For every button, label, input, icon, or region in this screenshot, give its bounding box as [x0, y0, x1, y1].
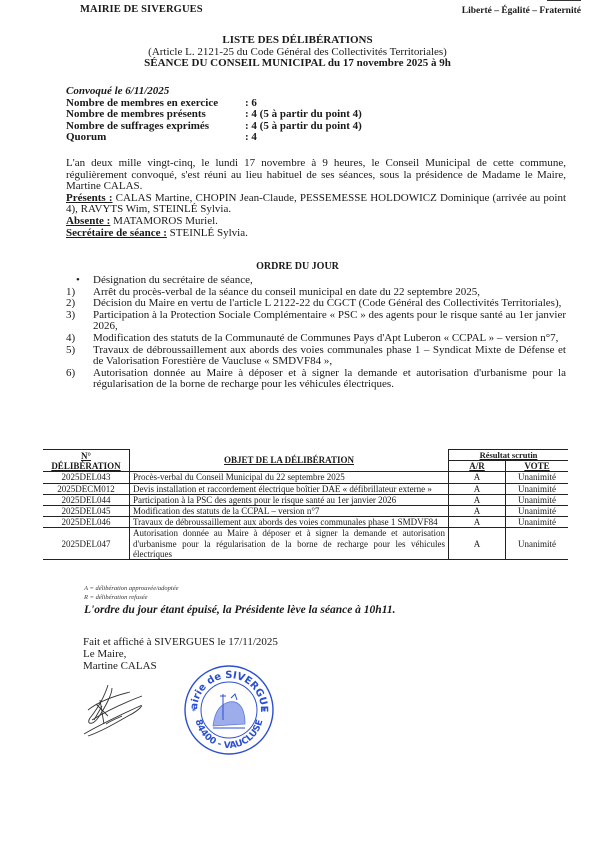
title-line-3: SÉANCE DU CONSEIL MUNICIPAL du 17 novemb…: [0, 58, 595, 70]
cell-vote: Unanimité: [506, 483, 569, 494]
cell-objet: Autorisation donnée au Maire à déposer e…: [130, 528, 449, 560]
cell-objet: Devis installation et raccordement élect…: [130, 483, 449, 494]
vote-legend: A = délibération approuvée/adoptée R = d…: [84, 584, 178, 602]
cell-ar: A: [449, 472, 506, 483]
signature-line-1: Fait et affiché à SIVERGUES le 17/11/202…: [83, 636, 278, 648]
preamble-text: L'an deux mille vingt-cinq, le lundi 17 …: [66, 158, 566, 193]
table-row: 2025DEL044 Participation à la PSC des ag…: [43, 494, 568, 505]
deliberations-table: N° DÉLIBÉRATION OBJET DE LA DÉLIBÉRATION…: [43, 449, 568, 560]
table-row: 2025DEL046 Travaux de débroussaillement …: [43, 517, 568, 528]
title-line-1: LISTE DES DÉLIBÉRATIONS: [0, 35, 595, 47]
cell-objet: Participation à la PSC des agents pour l…: [130, 494, 449, 505]
header-num-line-1: N°: [46, 451, 126, 461]
header-num-line-2: DÉLIBÉRATION: [46, 461, 126, 471]
cell-num: 2025DECM012: [43, 483, 130, 494]
table-header-row-1: N° DÉLIBÉRATION OBJET DE LA DÉLIBÉRATION…: [43, 450, 568, 461]
header-num: N° DÉLIBÉRATION: [43, 450, 130, 472]
agenda-number: 6): [66, 368, 93, 391]
preamble-block: L'an deux mille vingt-cinq, le lundi 17 …: [66, 158, 566, 239]
signature-line-2: Le Maire,: [83, 648, 278, 660]
cell-objet: Modification des statuts de la CCPAL – v…: [130, 506, 449, 517]
svg-text:*: *: [262, 707, 266, 715]
svg-text:*: *: [192, 707, 196, 715]
table-row: 2025DEL045 Modification des statuts de l…: [43, 506, 568, 517]
agenda-bullet: •: [66, 275, 93, 287]
agenda-item: •Désignation du secrétaire de séance,: [66, 275, 566, 287]
presents-line: Présents : CALAS Martine, CHOPIN Jean-Cl…: [66, 193, 566, 216]
secretaire-label: Secrétaire de séance :: [66, 227, 167, 239]
agenda-text: Désignation du secrétaire de séance,: [93, 275, 566, 287]
table-row: 2025DEL043 Procès-verbal du Conseil Muni…: [43, 472, 568, 483]
cell-ar: A: [449, 506, 506, 517]
cell-num: 2025DEL043: [43, 472, 130, 483]
table-row: 2025DEL047 Autorisation donnée au Maire …: [43, 528, 568, 560]
cell-vote: Unanimité: [506, 494, 569, 505]
devise: Liberté – Égalité – Fraternité: [462, 6, 581, 16]
agenda-item: 5)Travaux de débroussaillement aux abord…: [66, 345, 566, 368]
convocation-date: Convoqué le 6/11/2025: [66, 86, 362, 98]
cell-num: 2025DEL047: [43, 528, 130, 560]
handwritten-signature-icon: [78, 680, 148, 745]
presents-label: Présents :: [66, 192, 113, 204]
mairie-stamp-icon: Mairie de SIVERGUES 84400 - VAUCLUSE * *: [183, 664, 275, 761]
agenda-number: 4): [66, 333, 93, 345]
cell-num: 2025DEL045: [43, 506, 130, 517]
cell-vote: Unanimité: [506, 472, 569, 483]
agenda-title: ORDRE DU JOUR: [0, 261, 595, 272]
cell-objet: Procès-verbal du Conseil Municipal du 22…: [130, 472, 449, 483]
legend-refused: R = délibération refusée: [84, 593, 178, 602]
absente-label: Absente :: [66, 215, 110, 227]
agenda-text: Travaux de débroussaillement aux abords …: [93, 345, 566, 368]
absente-names: MATAMOROS Muriel.: [113, 215, 218, 227]
header-divider: [547, 0, 581, 1]
header-ar: A/R: [449, 461, 506, 472]
agenda-text: Autorisation donnée au Maire à déposer e…: [93, 368, 566, 391]
cell-ar: A: [449, 494, 506, 505]
header-resultat: Résultat scrutin: [449, 450, 569, 461]
cell-vote: Unanimité: [506, 517, 569, 528]
agenda-item: 4)Modification des statuts de la Communa…: [66, 333, 566, 345]
cell-vote: Unanimité: [506, 528, 569, 560]
agenda-number: 3): [66, 310, 93, 333]
agenda-number: 5): [66, 345, 93, 368]
cell-ar: A: [449, 483, 506, 494]
mairie-header: MAIRIE DE SIVERGUES: [80, 4, 203, 15]
cell-num: 2025DEL044: [43, 494, 130, 505]
agenda-item: 6)Autorisation donnée au Maire à déposer…: [66, 368, 566, 391]
cell-ar: A: [449, 517, 506, 528]
stat-row: Nombre de suffrages exprimés : 4 (5 à pa…: [66, 121, 362, 133]
agenda-list: •Désignation du secrétaire de séance, 1)…: [66, 275, 566, 391]
stat-row: Quorum : 4: [66, 132, 362, 144]
header-vote: VOTE: [506, 461, 569, 472]
cell-num: 2025DEL046: [43, 517, 130, 528]
agenda-text: Participation à la Protection Sociale Co…: [93, 310, 566, 333]
stat-label: Quorum: [66, 132, 245, 144]
header-objet: OBJET DE LA DÉLIBÉRATION: [130, 450, 449, 472]
secretaire-name: STEINLÉ Sylvia.: [170, 227, 248, 239]
convocation-block: Convoqué le 6/11/2025 Nombre de membres …: [66, 86, 362, 144]
stat-value: : 4: [245, 132, 257, 144]
closing-statement: L'ordre du jour étant épuisé, la Préside…: [84, 604, 395, 616]
cell-ar: A: [449, 528, 506, 560]
stat-value: : 4 (5 à partir du point 4): [245, 121, 362, 133]
secretaire-line: Secrétaire de séance : STEINLÉ Sylvia.: [66, 228, 566, 240]
document-title: LISTE DES DÉLIBÉRATIONS (Article L. 2121…: [0, 35, 595, 70]
table-row: 2025DECM012 Devis installation et raccor…: [43, 483, 568, 494]
cell-objet: Travaux de débroussaillement aux abords …: [130, 517, 449, 528]
presents-names: CALAS Martine, CHOPIN Jean-Claude, PESSE…: [66, 192, 566, 216]
legend-approved: A = délibération approuvée/adoptée: [84, 584, 178, 593]
cell-vote: Unanimité: [506, 506, 569, 517]
agenda-item: 3)Participation à la Protection Sociale …: [66, 310, 566, 333]
agenda-text: Modification des statuts de la Communaut…: [93, 333, 566, 345]
